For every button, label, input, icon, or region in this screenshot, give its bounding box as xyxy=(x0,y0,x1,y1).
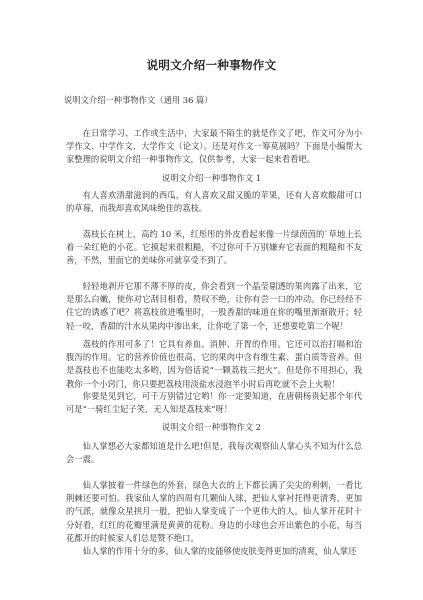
paragraph: 轻轻地剥开它那不薄不厚的皮，你会看到一个晶莹剔透的果肉露了出来，它是那么白嫩，使… xyxy=(66,280,362,333)
document-subtitle: 说明文介绍一种事物作文（通用 36 篇） xyxy=(64,94,213,106)
paragraph: 你要是见到它，可千万别错过它哟！你一定要知道，在唐朝杨贵妃那个年代可是“一骑红尘… xyxy=(66,390,362,416)
paragraph: 有人喜欢清甜滋润的西瓜，有人喜欢又甜又脆的苹果，还有人喜欢酸甜可口的草莓，而我却… xyxy=(66,189,362,215)
paragraph: 仙人掌想必大家都知道是什么吧!但是，我每次观察仙人掌心头不知为什么总会一震。 xyxy=(66,440,362,466)
section-heading-1: 说明文介绍一种事物作文 1 xyxy=(0,172,423,184)
document-title: 说明文介绍一种事物作文 xyxy=(0,57,423,73)
paragraph: 荔枝的作用可多了！它具有养血、消肿、开胃的作用。它还可以治打嗝和治腹泻的作用。它… xyxy=(66,338,362,391)
document-page: 说明文介绍一种事物作文 说明文介绍一种事物作文（通用 36 篇） 在日常学习、工… xyxy=(0,0,423,600)
section-heading-2: 说明文介绍一种事物作文 2 xyxy=(0,421,423,433)
paragraph: 仙人掌披着一件绿色的外套，绿色大衣的上下都长满了尖尖的利刺，一看比荆棘还要可怕。… xyxy=(66,479,362,545)
intro-paragraph: 在日常学习、工作或生活中，大家最不陌生的就是作文了吧，作文可分为小学作文、中学作… xyxy=(66,127,362,167)
paragraph: 仙人掌的作用十分的多，仙人掌的皮能够使皮肤变得更加的清爽，仙人掌还 xyxy=(66,545,362,558)
paragraph: 荔枝长在树上，高约 10 米，红彤彤的外皮看起来像一片绿茵茵的`草地上长着一朵红… xyxy=(66,228,362,268)
